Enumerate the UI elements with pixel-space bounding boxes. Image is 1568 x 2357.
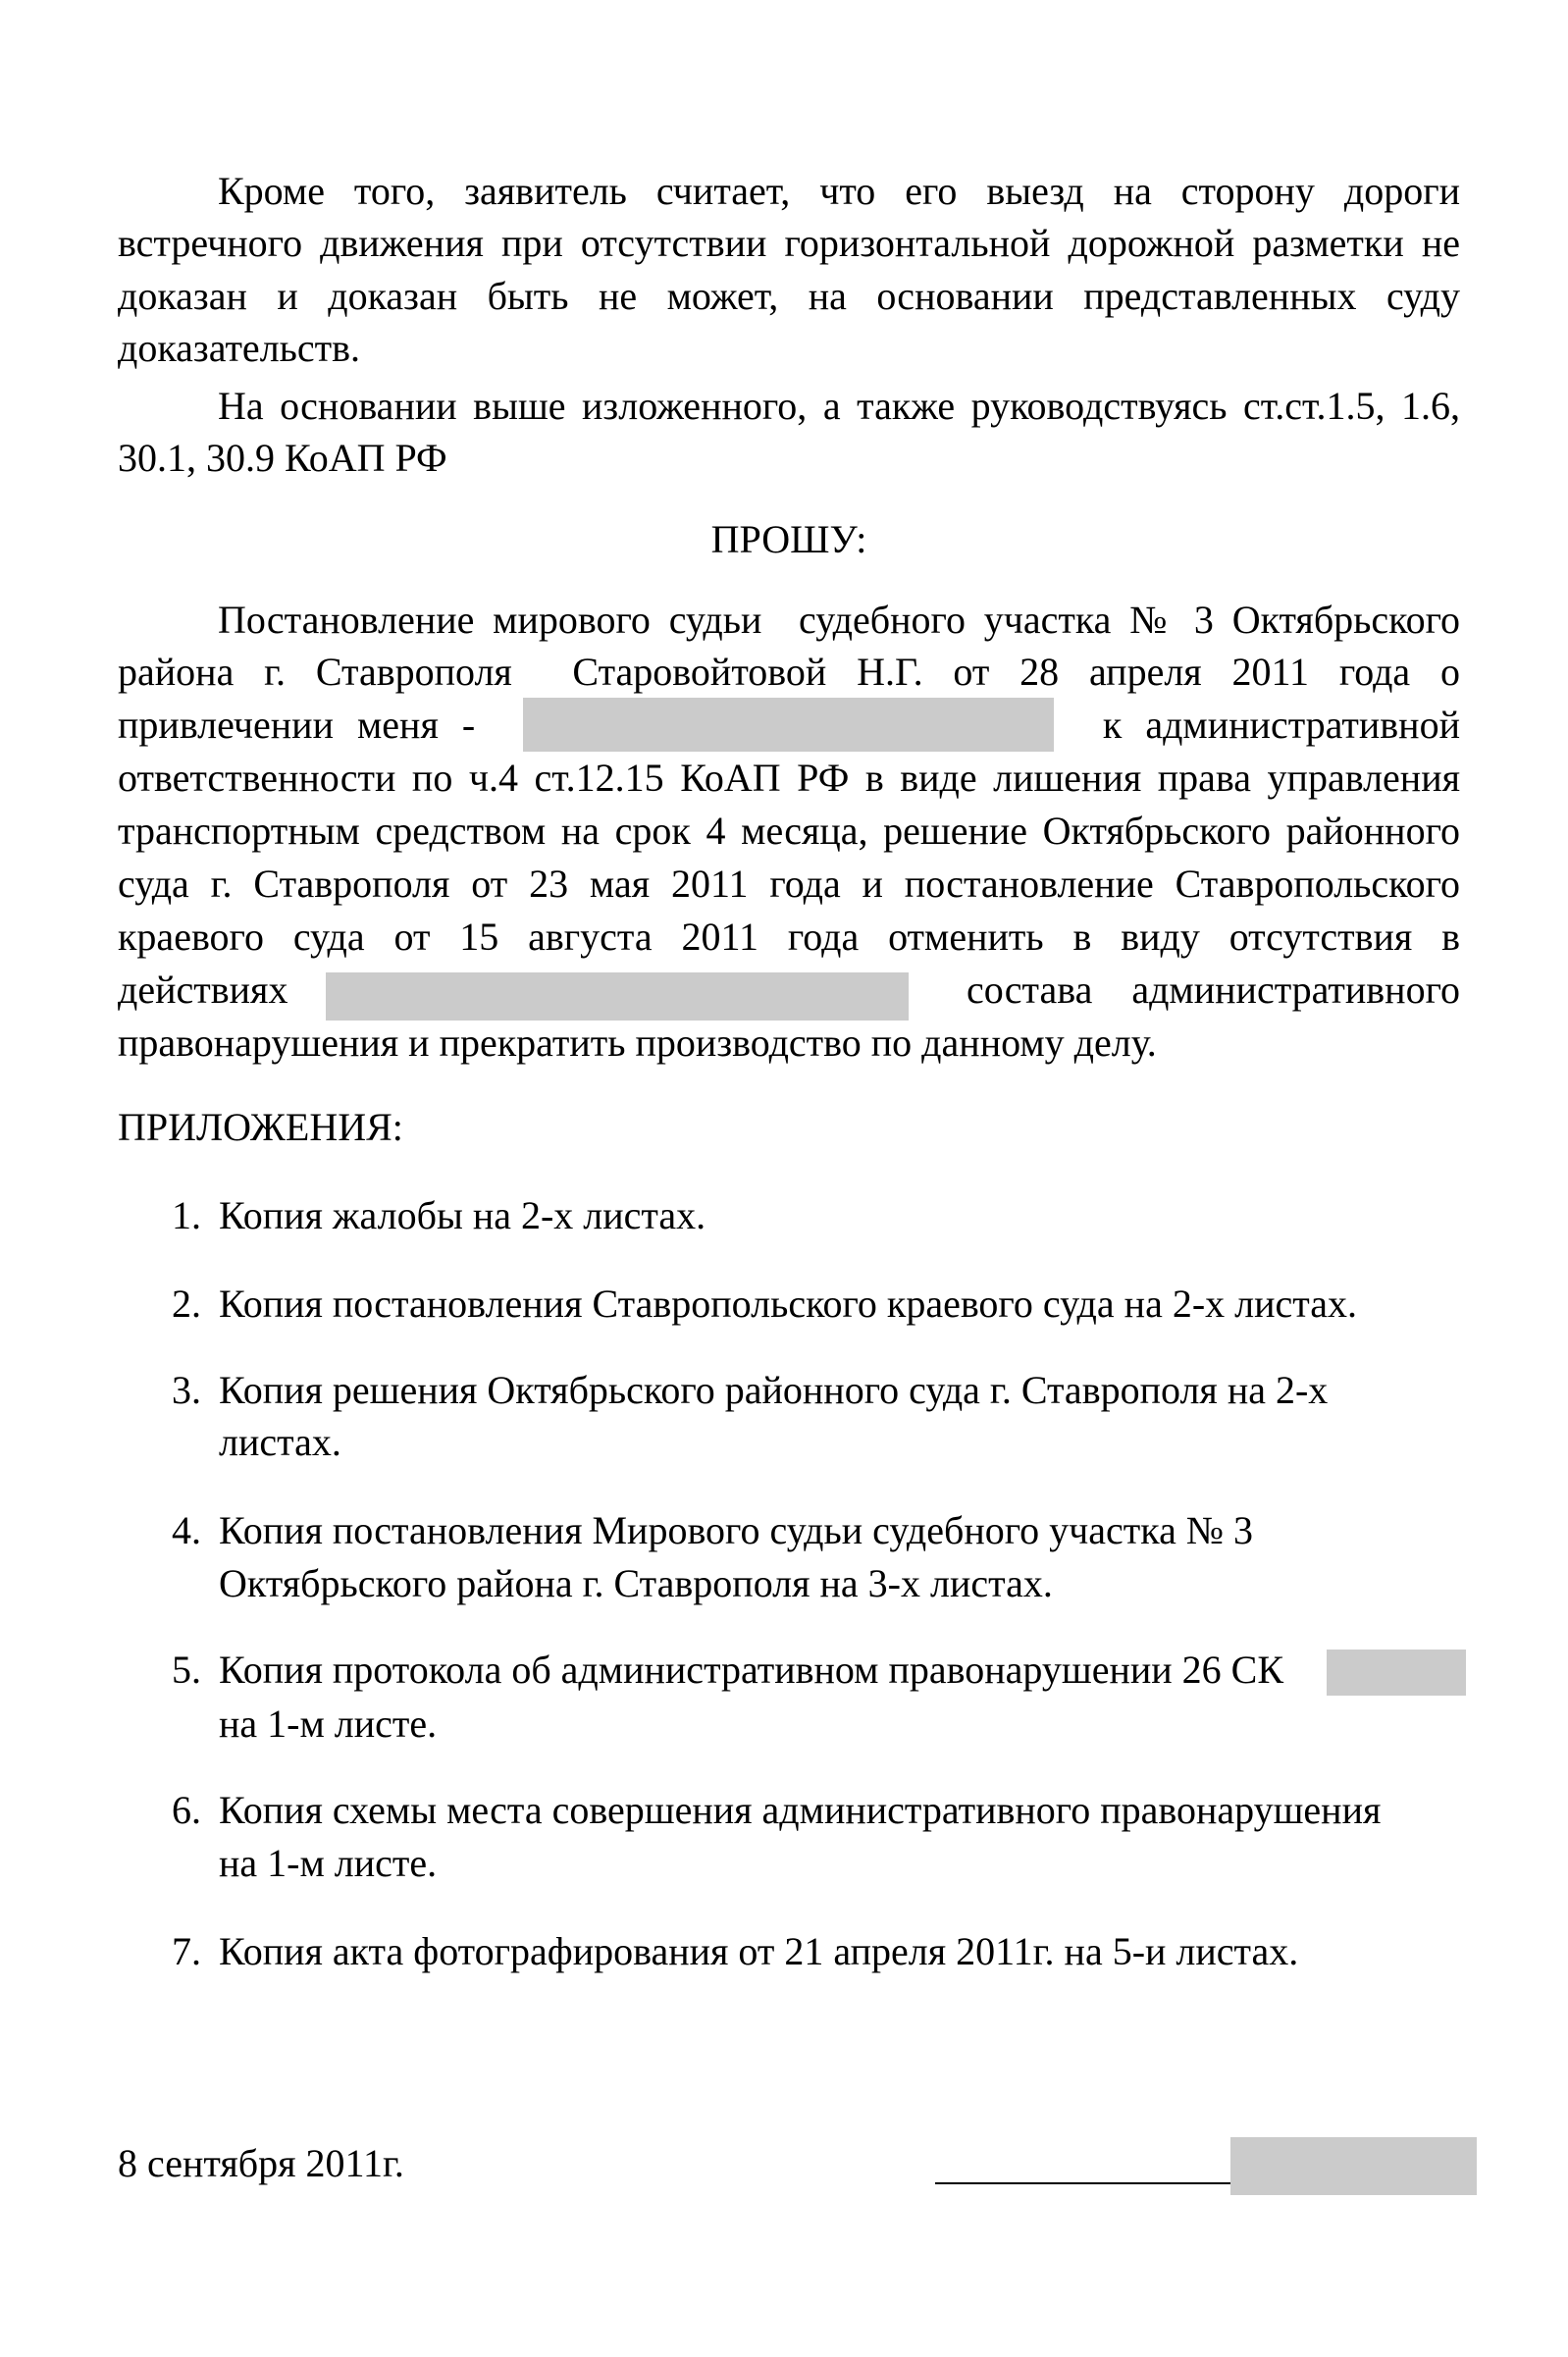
attachment-number: 6.	[172, 1784, 201, 1836]
paragraph-3-line-4: ответственности по ч.4 ст.12.15 КоАП РФ …	[118, 752, 1460, 804]
paragraph-1-line-2: встречного движения при отсутствии гориз…	[118, 217, 1460, 269]
paragraph-3-line-3-before: привлечении меня -	[118, 699, 475, 751]
paragraph-3-line-9: правонарушения и прекратить производство…	[118, 1017, 1460, 1069]
paragraph-1-line-4: доказательств.	[118, 322, 1460, 374]
attachment-text: Копия постановления Мирового судьи судеб…	[219, 1504, 1494, 1556]
attachment-text: Копия схемы места совершения администрат…	[219, 1784, 1494, 1836]
signature-line	[935, 2182, 1230, 2184]
paragraph-1-line-1: Кроме того, заявитель считает, что его в…	[218, 165, 1460, 217]
attachment-text-continued: Октябрьского района г. Ставрополя на 3-х…	[219, 1557, 1494, 1609]
attachment-number: 1.	[172, 1189, 201, 1241]
attachment-text: Копия жалобы на 2-х листах.	[219, 1189, 1494, 1241]
attachment-text-continued: на 1-м листе.	[219, 1698, 1494, 1750]
paragraph-3-line-2: района г. Ставрополя Старовойтовой Н.Г. …	[118, 646, 1460, 698]
paragraph-2-line-2: 30.1, 30.9 КоАП РФ	[118, 432, 1460, 484]
attachment-text-continued: на 1-м листе.	[219, 1837, 1494, 1889]
redacted-signature-name	[1230, 2137, 1477, 2195]
paragraph-3-line-8-after: состава административного	[967, 964, 1460, 1016]
attachments-heading: ПРИЛОЖЕНИЯ:	[118, 1101, 1460, 1153]
attachment-text: Копия постановления Ставропольского крае…	[219, 1278, 1494, 1330]
paragraph-3-line-3-after: к административной	[1103, 699, 1460, 751]
paragraph-3-line-7: краевого суда от 15 августа 2011 года от…	[118, 911, 1460, 963]
paragraph-3-line-8-before: действиях	[118, 964, 287, 1016]
attachment-number: 4.	[172, 1504, 201, 1556]
paragraph-2-line-1: На основании выше изложенного, а также р…	[218, 380, 1460, 432]
attachment-text: Копия акта фотографирования от 21 апреля…	[219, 1925, 1494, 1977]
attachment-number: 3.	[172, 1364, 201, 1416]
paragraph-3-line-5: транспортным средством на срок 4 месяца,…	[118, 805, 1460, 857]
attachment-text: Копия решения Октябрьского районного суд…	[219, 1364, 1494, 1416]
attachment-number: 2.	[172, 1278, 201, 1330]
redacted-name-1	[523, 698, 1054, 752]
paragraph-3-line-6: суда г. Ставрополя от 23 мая 2011 года и…	[118, 858, 1460, 910]
request-heading: ПРОШУ:	[118, 513, 1460, 565]
attachment-number: 5.	[172, 1644, 201, 1696]
paragraph-1-line-3: доказан и доказан быть не может, на осно…	[118, 270, 1460, 322]
attachment-text-continued: листах.	[219, 1416, 1494, 1468]
paragraph-3-line-1: Постановление мирового судьи судебного у…	[218, 594, 1460, 646]
redacted-name-2	[326, 972, 909, 1021]
document-page: Кроме того, заявитель считает, что его в…	[0, 0, 1568, 2357]
attachment-number: 7.	[172, 1925, 201, 1977]
redacted-protocol-number	[1327, 1650, 1466, 1696]
attachment-text: Копия протокола об административном прав…	[219, 1644, 1494, 1696]
